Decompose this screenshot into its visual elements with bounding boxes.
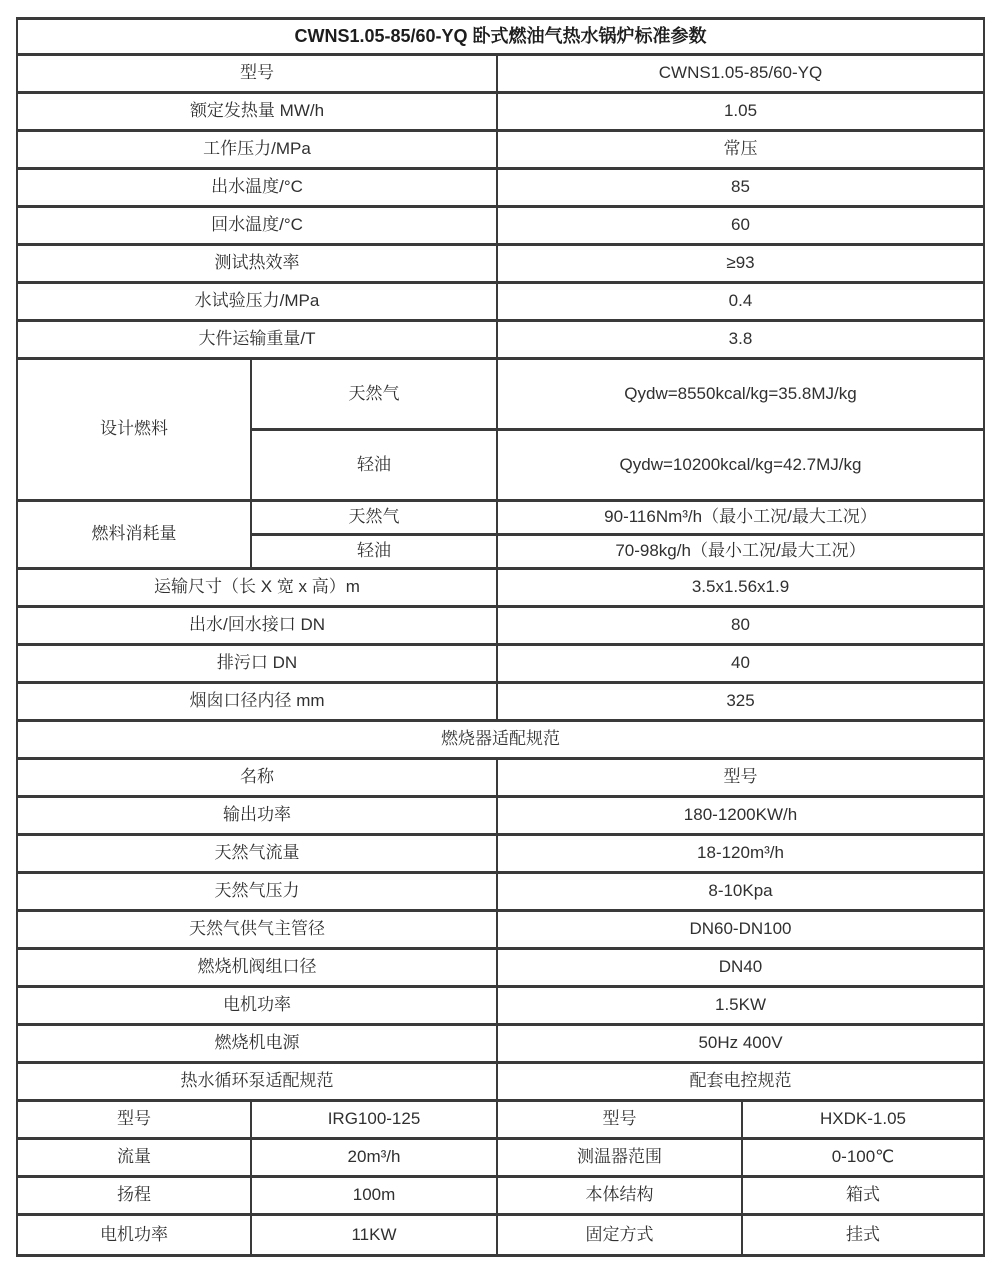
table-row: 回水温度/°C 60 [18, 208, 983, 246]
pump-value-cell: 100m [252, 1178, 498, 1213]
param-value-cell: 0.4 [498, 284, 983, 319]
fuel-value-cell: Qydw=10200kcal/kg=42.7MJ/kg [498, 431, 983, 499]
param-value-cell: DN40 [498, 950, 983, 985]
param-value-cell: 1.05 [498, 94, 983, 129]
electric-label-cell: 固定方式 [498, 1216, 743, 1254]
param-value-cell: 180-1200KW/h [498, 798, 983, 833]
param-value-cell: 8-10Kpa [498, 874, 983, 909]
table-title: CWNS1.05-85/60-YQ 卧式燃油气热水锅炉标准参数 [18, 20, 983, 53]
param-label-cell: 烟囱口径内径 mm [18, 684, 498, 719]
param-label-cell: 水试验压力/MPa [18, 284, 498, 319]
pump-value-cell: IRG100-125 [252, 1102, 498, 1137]
electric-label-cell: 型号 [498, 1102, 743, 1137]
table-row: 电机功率 11KW 固定方式 挂式 [18, 1216, 983, 1254]
fuel-type-cell: 天然气 [252, 360, 498, 428]
table-row: 天然气供气主管径 DN60-DN100 [18, 912, 983, 950]
param-value-cell: 常压 [498, 132, 983, 167]
table-row: 天然气流量 18-120m³/h [18, 836, 983, 874]
param-label-cell: 电机功率 [18, 988, 498, 1023]
table-row: 烟囱口径内径 mm 325 [18, 684, 983, 722]
param-value-cell: 18-120m³/h [498, 836, 983, 871]
table-row: 排污口 DN 40 [18, 646, 983, 684]
boiler-spec-table: CWNS1.05-85/60-YQ 卧式燃油气热水锅炉标准参数 型号 CWNS1… [16, 17, 985, 1257]
param-label-cell: 额定发热量 MW/h [18, 94, 498, 129]
pump-label-cell: 电机功率 [18, 1216, 252, 1254]
pump-value-cell: 20m³/h [252, 1140, 498, 1175]
electric-section-header-cell: 配套电控规范 [498, 1064, 983, 1099]
electric-value-cell: 0-100℃ [743, 1140, 983, 1175]
table-row: 出水/回水接口 DN 80 [18, 608, 983, 646]
param-label-cell: 出水温度/°C [18, 170, 498, 205]
param-label-cell: 大件运输重量/T [18, 322, 498, 357]
param-label-cell: 天然气压力 [18, 874, 498, 909]
section-header-cell: 燃烧器适配规范 [18, 722, 983, 757]
param-label-cell: 排污口 DN [18, 646, 498, 681]
param-label-cell: 名称 [18, 760, 498, 795]
electric-value-cell: HXDK-1.05 [743, 1102, 983, 1137]
fuel-value-cell: 90-116Nm³/h（最小工况/最大工况） [498, 502, 983, 533]
table-row: 水试验压力/MPa 0.4 [18, 284, 983, 322]
table-row: 燃烧器适配规范 [18, 722, 983, 760]
param-label-cell: 天然气供气主管径 [18, 912, 498, 947]
param-value-cell: ≥93 [498, 246, 983, 281]
table-row: 电机功率 1.5KW [18, 988, 983, 1026]
table-row: CWNS1.05-85/60-YQ 卧式燃油气热水锅炉标准参数 [18, 20, 983, 56]
table-row: 测试热效率 ≥93 [18, 246, 983, 284]
table-row: 运输尺寸（长 X 宽 x 高）m 3.5x1.56x1.9 [18, 570, 983, 608]
table-row: 燃料消耗量 天然气 90-116Nm³/h（最小工况/最大工况） 轻油 70-9… [18, 502, 983, 570]
fuel-subrows: 天然气 Qydw=8550kcal/kg=35.8MJ/kg 轻油 Qydw=1… [252, 360, 983, 499]
table-row: 天然气 90-116Nm³/h（最小工况/最大工况） [252, 502, 983, 536]
param-value-cell: 3.8 [498, 322, 983, 357]
pump-value-cell: 11KW [252, 1216, 498, 1254]
table-row: 额定发热量 MW/h 1.05 [18, 94, 983, 132]
table-row: 流量 20m³/h 测温器范围 0-100℃ [18, 1140, 983, 1178]
table-row: 天然气 Qydw=8550kcal/kg=35.8MJ/kg [252, 360, 983, 431]
fuel-value-cell: 70-98kg/h（最小工况/最大工况） [498, 536, 983, 567]
param-value-cell: DN60-DN100 [498, 912, 983, 947]
fuel-type-cell: 轻油 [252, 431, 498, 499]
table-row: 大件运输重量/T 3.8 [18, 322, 983, 360]
param-value-cell: 80 [498, 608, 983, 643]
param-value-cell: CWNS1.05-85/60-YQ [498, 56, 983, 91]
param-value-cell: 60 [498, 208, 983, 243]
param-value-cell: 1.5KW [498, 988, 983, 1023]
param-value-cell: 型号 [498, 760, 983, 795]
table-row: 输出功率 180-1200KW/h [18, 798, 983, 836]
fuel-value-cell: Qydw=8550kcal/kg=35.8MJ/kg [498, 360, 983, 428]
table-row: 工作压力/MPa 常压 [18, 132, 983, 170]
table-row: 出水温度/°C 85 [18, 170, 983, 208]
table-row: 型号 IRG100-125 型号 HXDK-1.05 [18, 1102, 983, 1140]
pump-section-header-cell: 热水循环泵适配规范 [18, 1064, 498, 1099]
param-label-cell: 回水温度/°C [18, 208, 498, 243]
table-row: 轻油 Qydw=10200kcal/kg=42.7MJ/kg [252, 431, 983, 499]
param-value-cell: 50Hz 400V [498, 1026, 983, 1061]
param-label-cell: 出水/回水接口 DN [18, 608, 498, 643]
pump-label-cell: 扬程 [18, 1178, 252, 1213]
table-row: 型号 CWNS1.05-85/60-YQ [18, 56, 983, 94]
param-value-cell: 325 [498, 684, 983, 719]
table-row: 轻油 70-98kg/h（最小工况/最大工况） [252, 536, 983, 567]
param-value-cell: 40 [498, 646, 983, 681]
table-row: 设计燃料 天然气 Qydw=8550kcal/kg=35.8MJ/kg 轻油 Q… [18, 360, 983, 502]
param-label-cell: 燃烧机阀组口径 [18, 950, 498, 985]
param-label-cell: 测试热效率 [18, 246, 498, 281]
pump-label-cell: 型号 [18, 1102, 252, 1137]
param-value-cell: 85 [498, 170, 983, 205]
param-label-cell: 工作压力/MPa [18, 132, 498, 167]
electric-value-cell: 箱式 [743, 1178, 983, 1213]
fuel-subrows: 天然气 90-116Nm³/h（最小工况/最大工况） 轻油 70-98kg/h（… [252, 502, 983, 567]
param-value-cell: 3.5x1.56x1.9 [498, 570, 983, 605]
table-row: 热水循环泵适配规范 配套电控规范 [18, 1064, 983, 1102]
fuel-group-cell: 设计燃料 [18, 360, 252, 499]
pump-label-cell: 流量 [18, 1140, 252, 1175]
table-row: 天然气压力 8-10Kpa [18, 874, 983, 912]
param-label-cell: 型号 [18, 56, 498, 91]
param-label-cell: 运输尺寸（长 X 宽 x 高）m [18, 570, 498, 605]
table-row: 燃烧机阀组口径 DN40 [18, 950, 983, 988]
electric-label-cell: 本体结构 [498, 1178, 743, 1213]
fuel-type-cell: 天然气 [252, 502, 498, 533]
fuel-type-cell: 轻油 [252, 536, 498, 567]
table-row: 名称 型号 [18, 760, 983, 798]
param-label-cell: 输出功率 [18, 798, 498, 833]
param-label-cell: 天然气流量 [18, 836, 498, 871]
electric-value-cell: 挂式 [743, 1216, 983, 1254]
fuel-group-cell: 燃料消耗量 [18, 502, 252, 567]
param-label-cell: 燃烧机电源 [18, 1026, 498, 1061]
table-row: 燃烧机电源 50Hz 400V [18, 1026, 983, 1064]
table-row: 扬程 100m 本体结构 箱式 [18, 1178, 983, 1216]
electric-label-cell: 测温器范围 [498, 1140, 743, 1175]
